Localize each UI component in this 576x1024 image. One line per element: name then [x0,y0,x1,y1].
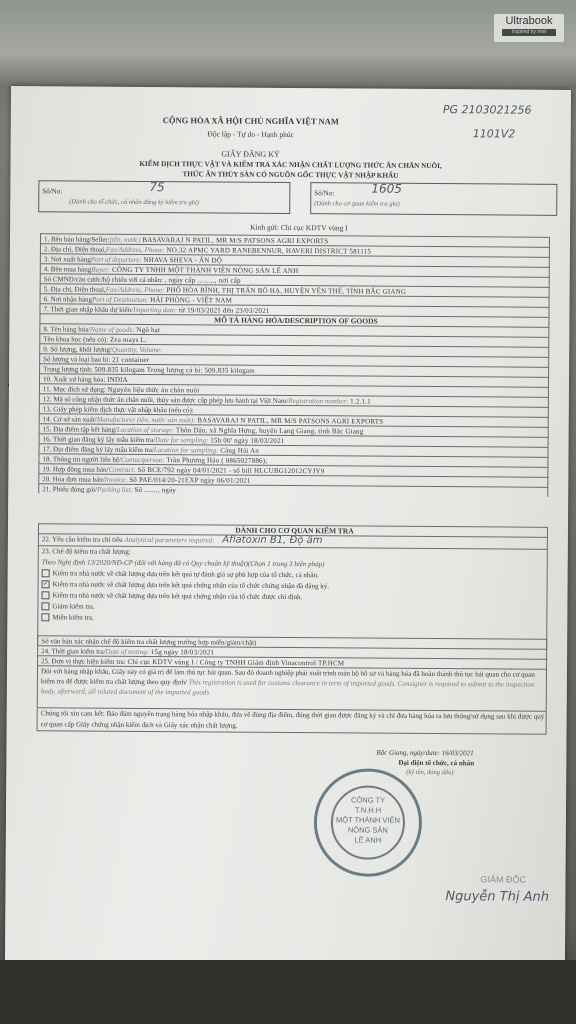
number-note: (Dành cho tổ chức, cá nhân đăng ký kiểm … [69,198,199,206]
stamp-line: NÔNG SẢN [333,825,403,835]
option-text: Giảm kiểm tra. [52,602,94,610]
item-label-en: Analytical parameters required: [124,536,214,545]
item-23-quality-regime: 23. Chế độ kiểm tra chất lượng: Theo Ngh… [37,545,548,649]
row-label-en: Contract: [108,466,135,474]
item-label: 22. Yêu cầu kiểm tra chỉ tiêu [42,535,123,544]
checkbox[interactable] [42,570,50,578]
row-value: 1.2.1.1 [350,397,371,405]
checkbox[interactable] [41,614,49,622]
row-value: Cảng Hải An [220,447,259,455]
option-text: Miễn kiểm tra. [52,613,93,621]
place-date: Bắc Giang, ngày/date: 16/03/2021 [376,749,473,758]
registration-document: PG 2103021256 1101V2 CỘNG HÒA XÃ HỘI CHỦ… [5,86,571,966]
row-value: Ngô hạt [136,326,160,334]
row-label-en: Invoice: [105,476,128,484]
row-value: 21 container [112,356,149,364]
number-note: (Dành cho cơ quan kiểm tra ghi) [314,200,399,208]
stamp-text: CÔNG TYT.N.H.HMỘT THÀNH VIÊNNÔNG SẢNLÊ A… [331,785,406,860]
import-note: Đối với hàng nhập khẩu, Giấy này có giá … [37,665,547,711]
badge-tagline: Inspired by intel [502,29,556,36]
checkbox[interactable] [41,603,49,611]
handwritten-parameters: Aflatoxin B1, Độ ẩm [222,535,322,547]
stamp-line: LÊ ANH [333,835,403,845]
stamp-line: CÔNG TY [333,795,403,805]
badge-brand: Ultrabook [505,15,552,27]
signer-signature: Nguyễn Thị Anh [445,889,549,905]
row-label-en: Packing list: [97,486,133,494]
representative-title: Đại diện tổ chức, cá nhân [398,759,474,768]
row-value: Số ......., ngày [134,486,176,494]
representative-note: (ký tên, đóng dấu) [406,769,453,776]
row-label-en: (tên, nước) [110,236,141,244]
row-label-en: Buyer: [91,266,110,274]
row-label: 21. Phiếu đóng gói/ [42,485,97,493]
row-value: Zea mays L. [110,336,147,344]
country-heading: CỘNG HÒA XÃ HỘI CHỦ NGHĨA VIỆT NAM [131,115,371,127]
handwritten-code: 1101V2 [473,127,516,140]
ultrabook-badge: Ultrabook Inspired by intel [494,14,564,42]
number-label: Số/No: [314,189,334,197]
stamp-line: MỘT THÀNH VIÊN [333,815,403,825]
option-text: Kiểm tra nhà nước về chất lượng dựa trên… [52,591,302,601]
company-stamp: CÔNG TYT.N.H.HMỘT THÀNH VIÊNNÔNG SẢNLÊ A… [314,768,423,877]
document-subtitle-2: THỨC ĂN THỦY SẢN CÓ NGUỒN GỐC THỰC VẬT N… [20,169,560,181]
number-label: Số/No: [42,187,62,195]
desk-surface [0,960,576,1024]
handwritten-reference: PG 2103021256 [443,103,532,117]
authority-number-box: Số/No: 1605 (Dành cho cơ quan kiểm tra g… [310,182,557,216]
laptop-lid [0,0,576,88]
row-value: INDIA [107,376,128,384]
option-text: Kiểm tra nhà nước về chất lượng dựa trên… [53,569,319,579]
addressee: Kính gửi: Chi cục KDTV vùng I [250,223,348,233]
checkbox[interactable]: ✓ [42,581,50,589]
stamp-line: T.N.H.H [333,805,403,815]
motto: Độc lập - Tự do - Hạnh phúc [131,129,371,140]
signer-position: GIÁM ĐỐC [481,874,527,884]
applicant-number-box: Số/No: 75 (Dành cho tổ chức, cá nhân đăn… [38,180,290,214]
applicant-number-value: 75 [149,180,164,194]
document-title: GIẤY ĐĂNG KÝ [131,149,371,160]
regime-option[interactable]: Miễn kiểm tra. [41,612,546,627]
authority-number-value: 1605 [371,182,402,196]
option-text: Kiểm tra nhà nước về chất lượng dựa trên… [53,580,330,590]
commitment: Chúng tôi xin cam kết: Bảo đảm nguyên tr… [37,707,547,735]
checkbox[interactable] [41,592,49,600]
